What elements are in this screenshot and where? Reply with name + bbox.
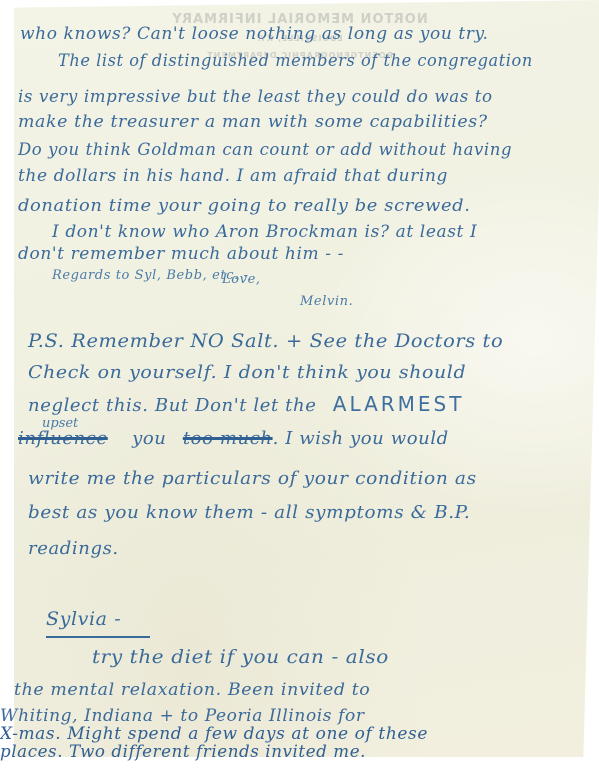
closing-regards: Regards to Syl, Bebb, etc. - [52,268,249,283]
closing-love: Love, [222,272,261,287]
ps-line-4-end: . I wish you would [273,428,449,449]
ps-line-3: neglect this. But Don't let the ALARMEST [28,392,464,416]
ps-line-2: Check on yourself. I don't think you sho… [28,362,466,383]
body-line-1: who knows? Can't loose nothing as long a… [20,24,488,44]
salutation-underline [46,636,150,638]
ps-line-3-text: neglect this. But Don't let the [28,395,316,416]
struck-word-influence: influence [18,428,108,449]
sylvia-line-2: the mental relaxation. Been invited to [14,680,370,700]
ps-line-6: best as you know them - all symptoms & B… [28,502,470,523]
closing-signature: Melvin. [300,294,353,309]
body-line-8: I don't know who Aron Brockman is? at le… [52,222,477,242]
sylvia-line-5: places. Two different friends invited me… [0,742,366,762]
scanned-letter-page: NORTON MEMORIAL INFIRMARY LOUISVILLE, KY… [0,0,599,774]
ps-line-7: readings. [28,538,119,559]
body-line-6: the dollars in his hand. I am afraid tha… [18,166,448,186]
ps-alarmest-caps: ALARMEST [333,392,465,416]
sylvia-line-4: X-mas. Might spend a few days at one of … [0,724,428,744]
body-line-4: make the treasurer a man with some capab… [18,112,488,132]
body-line-9: don't remember much about him - - [18,244,344,264]
ps-line-4-you: you [132,428,166,449]
body-line-7: donation time your going to really be sc… [18,196,471,216]
body-line-2: The list of distinguished members of the… [58,51,533,71]
ps-line-4: influence you too much. I wish you would [18,428,449,449]
body-line-3: is very impressive but the least they co… [18,87,493,107]
ps-line-1: P.S. Remember NO Salt. + See the Doctors… [28,330,503,352]
body-line-5: Do you think Goldman can count or add wi… [18,140,512,160]
sylvia-salutation: Sylvia - [46,608,121,630]
struck-words-too-much: too much [183,428,273,449]
sylvia-line-3: Whiting, Indiana + to Peoria Illinois fo… [0,706,365,726]
ps-line-5: write me the particulars of your conditi… [28,468,477,489]
sylvia-line-1: try the diet if you can - also [92,646,389,668]
